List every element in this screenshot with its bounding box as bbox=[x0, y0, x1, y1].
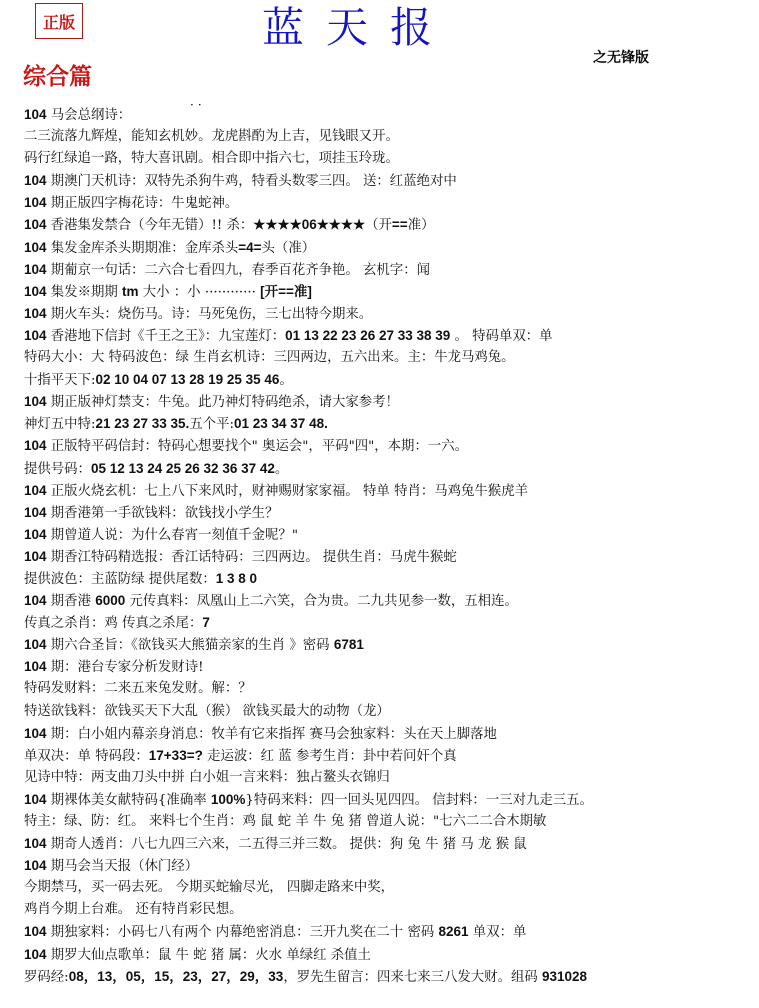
text-segment: 特主：绿、防：红。 来料七个生肖：鸡 鼠 蛇 羊 牛 兔 猪 曾道人说："七六二… bbox=[24, 814, 546, 829]
text-segment: 神灯五中特: bbox=[24, 417, 95, 432]
text-line: 罗码经:08，13，05，15，23，27，29，33，罗先生留言：四来七来三八… bbox=[24, 966, 759, 988]
text-segment: 。 bbox=[275, 462, 288, 477]
text-segment: 期香港第一手欲钱料：欲钱找小学生？ bbox=[47, 506, 279, 521]
bold-segment: 104 bbox=[24, 217, 47, 232]
bold-segment: 104 bbox=[24, 505, 47, 520]
bold-segment: == bbox=[392, 217, 408, 232]
text-segment: 准） bbox=[408, 218, 435, 233]
page-title: 蓝天报 bbox=[262, 4, 454, 52]
text-segment: 期正版四字梅花诗：牛鬼蛇神。 bbox=[47, 196, 239, 211]
bold-segment: 6781 bbox=[334, 637, 364, 652]
text-segment: 头（准） bbox=[262, 241, 316, 256]
text-segment: 期香江特码精选报：香江话特码：三四两边。 提供生肖：马虎牛猴蛇 bbox=[47, 550, 457, 565]
text-line: 104 期香江特码精选报：香江话特码：三四两边。 提供生肖：马虎牛猴蛇 bbox=[24, 546, 759, 568]
bold-segment: 17+33=? bbox=[149, 748, 203, 763]
edition-label: 之无锋版 bbox=[593, 47, 649, 67]
bold-segment: =4= bbox=[238, 240, 261, 255]
bold-segment: 104 bbox=[24, 262, 47, 277]
text-line: 特码发财料：二来五来兔发财。解：？ bbox=[24, 678, 759, 700]
text-line: 104 期正版四字梅花诗：牛鬼蛇神。 bbox=[24, 192, 759, 214]
text-line: 104 期独家料：小码七八有两个 内幕绝密消息：三开九奖在二十 密码 8261 … bbox=[24, 921, 759, 943]
text-line: 鸡肖今期上台难。 还有特肖彩民想。 bbox=[24, 899, 759, 921]
text-segment: 今期禁马，买一码去死。 今期买蛇输尽光， 四脚走路来中奖， bbox=[24, 880, 394, 895]
text-line: 104 期曾道人说：为什么春宵一刻值千金呢？" bbox=[24, 524, 759, 546]
bold-segment: 104 bbox=[24, 947, 47, 962]
bold-segment: 104 bbox=[24, 195, 47, 210]
text-line: 104 期罗大仙点歌单：鼠 牛 蛇 猪 属：火水 单绿红 杀值土 bbox=[24, 944, 759, 966]
text-line: 104 期香港 6000 元传真料：凤凰山上二六笑，合为贵。二九共见参一数，五相… bbox=[24, 590, 759, 612]
text-line: 码行红绿追一路，特大喜讯剧。相合即中指六七，项挂玉玲珑。 bbox=[24, 148, 759, 170]
bold-segment: 6000 bbox=[95, 593, 125, 608]
text-segment: 期罗大仙点歌单：鼠 牛 蛇 猪 属：火水 单绿红 杀值土 bbox=[47, 948, 371, 963]
bold-segment: 05 12 13 24 25 26 32 36 37 42 bbox=[91, 461, 275, 476]
text-line: 104 香港集发禁合（今年无错）!! 杀：★★★★06★★★★（开==准） bbox=[24, 214, 759, 236]
text-line: 二三流落九辉煌，能知玄机妙。龙虎斟酌为上吉，见钱眼又开。 bbox=[24, 126, 759, 148]
bold-segment: 104 bbox=[24, 593, 47, 608]
text-segment: 十指平天下: bbox=[24, 373, 95, 388]
bold-segment: 104 bbox=[24, 107, 47, 122]
text-segment: 。 特码单双：单 bbox=[450, 329, 552, 344]
text-segment: 码行红绿追一路，特大喜讯剧。相合即中指六七，项挂玉玲珑。 bbox=[24, 151, 399, 166]
text-segment: 期正版神灯禁支：牛兔。此乃神灯特码绝杀，请大家参考！ bbox=[47, 395, 399, 410]
text-line: 104 期香港第一手欲钱料：欲钱找小学生？ bbox=[24, 502, 759, 524]
text-line: 104 期：白小姐内幕亲身消息：牧羊有它来指挥 赛马会独家料：头在天上脚落地 bbox=[24, 723, 759, 745]
bold-segment: 104 bbox=[24, 483, 47, 498]
text-segment: （开 bbox=[365, 218, 392, 233]
text-segment: 正版火烧玄机：七上八下来风时，财神赐财家家福。 特单 特肖：马鸡兔牛猴虎羊 bbox=[47, 484, 528, 499]
section-heading: 综合篇 bbox=[23, 58, 92, 91]
bold-segment: 104 bbox=[24, 637, 47, 652]
text-segment: 特码发财料：二来五来兔发财。解：？ bbox=[24, 681, 252, 696]
text-segment: 五个平: bbox=[189, 417, 234, 432]
text-segment: 见诗中特：两支曲刀头中拼 白小姐一言来料：独占鳌头衣锦归 bbox=[24, 770, 390, 785]
text-segment: 元传真料：凤凰山上二六笑，合为贵。二九共见参一数，五相连。 bbox=[125, 594, 518, 609]
text-segment: 期香港 bbox=[47, 594, 96, 609]
text-segment: 期马会当天报（休门经） bbox=[47, 859, 199, 874]
text-segment: 二三流落九辉煌，能知玄机妙。龙虎斟酌为上吉，见钱眼又开。 bbox=[24, 129, 399, 144]
text-segment: 期火车头：烧伤马。诗：马死兔伤，三七出特今期来。 bbox=[47, 307, 373, 322]
bold-segment: 104 bbox=[24, 328, 47, 343]
bold-segment: 104 bbox=[24, 306, 47, 321]
bold-segment: 02 10 04 07 13 28 19 25 35 46 bbox=[95, 372, 279, 387]
text-line: 104 期葡京一句话：二六合七看四九，春季百花齐争艳。 玄机字：闻 bbox=[24, 259, 759, 281]
text-line: 单双决：单 特码段：17+33=? 走运波：红 蓝 参考生肖：卦中若问奸个真 bbox=[24, 745, 759, 767]
text-segment: 走运波：红 蓝 参考生肖：卦中若问奸个真 bbox=[203, 749, 457, 764]
text-segment: 单双：单 bbox=[469, 925, 527, 940]
text-line: 见诗中特：两支曲刀头中拼 白小姐一言来料：独占鳌头衣锦归 bbox=[24, 767, 759, 789]
text-line: 104 期火车头：烧伤马。诗：马死兔伤，三七出特今期来。 bbox=[24, 303, 759, 325]
text-segment: 期裸体美女献特码{准确率 bbox=[47, 793, 211, 808]
bold-segment: 104 bbox=[24, 173, 47, 188]
text-segment: 罗码经: bbox=[24, 970, 69, 985]
text-segment: 期：白小姐内幕亲身消息：牧羊有它来指挥 赛马会独家料：头在天上脚落地 bbox=[47, 727, 497, 742]
bold-segment: 01 13 22 23 26 27 33 38 39 bbox=[285, 328, 450, 343]
bold-segment: tm bbox=[122, 284, 139, 299]
bold-segment: ★★★★06★★★★ bbox=[253, 217, 365, 232]
text-segment: 马会总纲诗： bbox=[47, 108, 132, 123]
text-line: 104 集发金库杀头期期准：金库杀头=4=头（准） bbox=[24, 237, 759, 259]
text-segment: 特送欲钱料：欲钱买天下大乱（猴） 欲钱买最大的动物（龙） bbox=[24, 704, 390, 719]
text-line: 提供波色：主蓝防绿 提供尾数：1 3 8 0 bbox=[24, 568, 759, 590]
bold-segment: 931028 bbox=[542, 969, 587, 984]
text-segment: 期澳门天机诗：双特先杀狗牛鸡，特看头数零三四。 送：红蓝绝对中 bbox=[47, 174, 457, 189]
bold-segment: 104 bbox=[24, 858, 47, 873]
text-line: 特主：绿、防：红。 来料七个生肖：鸡 鼠 蛇 羊 牛 兔 猪 曾道人说："七六二… bbox=[24, 811, 759, 833]
bold-segment: 104 bbox=[24, 792, 47, 807]
bold-segment: 7 bbox=[202, 615, 210, 630]
bold-segment: 8261 bbox=[439, 924, 469, 939]
text-line: 104 正版火烧玄机：七上八下来风时，财神赐财家家福。 特单 特肖：马鸡兔牛猴虎… bbox=[24, 480, 759, 502]
text-segment: 期奇人透肖：八七九四三六来，二五得三并三数。 提供：狗 兔 牛 猪 马 龙 猴 … bbox=[47, 837, 527, 852]
text-line: 十指平天下:02 10 04 07 13 28 19 25 35 46。 bbox=[24, 369, 759, 391]
text-segment: ，罗先生留言：四来七来三八发大财。组码 bbox=[283, 970, 542, 985]
text-line: 104 香港地下信封《千王之王》：九宝莲灯：01 13 22 23 26 27 … bbox=[24, 325, 759, 347]
text-segment: 期葡京一句话：二六合七看四九，春季百花齐争艳。 玄机字：闻 bbox=[47, 263, 430, 278]
text-line: 104 期：港台专家分析发财诗! bbox=[24, 656, 759, 678]
bold-segment: 100% bbox=[211, 792, 246, 807]
bold-segment: 21 23 27 33 35. bbox=[95, 416, 189, 431]
text-line: 104 期奇人透肖：八七九四三六来，二五得三并三数。 提供：狗 兔 牛 猪 马 … bbox=[24, 833, 759, 855]
text-line: 104 期六合圣旨：《欲钱买大熊猫亲家的生肖 》密码 6781 bbox=[24, 634, 759, 656]
bold-segment: 104 bbox=[24, 284, 47, 299]
text-line: 传真之杀肖：鸡 传真之杀尾：7 bbox=[24, 612, 759, 634]
text-segment: 特码大小：大 特码波色：绿 生肖玄机诗：三四两边，五六出来。主：牛龙马鸡兔。 bbox=[24, 350, 515, 365]
text-segment: 传真之杀肖：鸡 传真之杀尾： bbox=[24, 616, 202, 631]
text-segment: 大小 ：小 ············ bbox=[139, 285, 261, 300]
text-line: 104 期裸体美女献特码{准确率 100%}特码来料：四一回头见四四。 信封料：… bbox=[24, 789, 759, 811]
bold-segment: 104 bbox=[24, 836, 47, 851]
text-segment: 香港地下信封《千王之王》：九宝莲灯： bbox=[47, 329, 286, 344]
text-line: 104 马会总纲诗： bbox=[24, 104, 759, 126]
text-line: 神灯五中特:21 23 27 33 35.五个平:01 23 34 37 48. bbox=[24, 413, 759, 435]
bold-segment: 104 bbox=[24, 394, 47, 409]
text-segment: }特码来料：四一回头见四四。 信封料：一三对九走三五。 bbox=[245, 793, 593, 808]
text-line: 特码大小：大 特码波色：绿 生肖玄机诗：三四两边，五六出来。主：牛龙马鸡兔。 bbox=[24, 347, 759, 369]
genuine-edition-stamp: 正版 bbox=[35, 3, 83, 39]
bold-segment: 08，13，05，15，23，27，29，33 bbox=[69, 969, 284, 984]
text-segment: 期独家料：小码七八有两个 内幕绝密消息：三开九奖在二十 密码 bbox=[47, 925, 439, 940]
bold-segment: 104 bbox=[24, 549, 47, 564]
text-segment: 集发金库杀头期期准：金库杀头 bbox=[47, 241, 239, 256]
text-segment: 香港集发禁合（今年无错）!! 杀： bbox=[47, 218, 254, 233]
text-segment: 鸡肖今期上台难。 还有特肖彩民想。 bbox=[24, 902, 243, 917]
text-segment: 集发※期期 bbox=[47, 285, 122, 300]
text-segment: 期：港台专家分析发财诗! bbox=[47, 660, 204, 675]
text-segment: 正版特平码信封：特码心想要找个" 奥运会"，平码"四"，本期：一六。 bbox=[47, 439, 468, 454]
text-line: 104 期正版神灯禁支：牛兔。此乃神灯特码绝杀，请大家参考！ bbox=[24, 391, 759, 413]
text-line: 104 期马会当天报（休门经） bbox=[24, 855, 759, 877]
text-line: 提供号码：05 12 13 24 25 26 32 36 37 42。 bbox=[24, 458, 759, 480]
text-segment: 。 bbox=[279, 373, 292, 388]
text-segment: 单双决：单 特码段： bbox=[24, 749, 149, 764]
content-lines: 104 马会总纲诗：二三流落九辉煌，能知玄机妙。龙虎斟酌为上吉，见钱眼又开。码行… bbox=[24, 104, 759, 988]
text-segment: 提供号码： bbox=[24, 462, 91, 477]
text-segment: 期六合圣旨：《欲钱买大熊猫亲家的生肖 》密码 bbox=[47, 638, 334, 653]
text-segment: 提供波色：主蓝防绿 提供尾数： bbox=[24, 572, 216, 587]
bold-segment: 104 bbox=[24, 240, 47, 255]
bold-segment: 1 3 8 0 bbox=[216, 571, 257, 586]
bold-segment: [开==准] bbox=[260, 284, 312, 299]
text-line: 今期禁马，买一码去死。 今期买蛇输尽光， 四脚走路来中奖， bbox=[24, 877, 759, 899]
bold-segment: 104 bbox=[24, 726, 47, 741]
bold-segment: 104 bbox=[24, 438, 47, 453]
text-line: 104 正版特平码信封：特码心想要找个" 奥运会"，平码"四"，本期：一六。 bbox=[24, 435, 759, 457]
bold-segment: 104 bbox=[24, 527, 47, 542]
bold-segment: 104 bbox=[24, 924, 47, 939]
bold-segment: 104 bbox=[24, 659, 47, 674]
text-line: 104 集发※期期 tm 大小 ：小 ············ [开==准] bbox=[24, 281, 759, 303]
bold-segment: 01 23 34 37 48. bbox=[234, 416, 328, 431]
text-segment: 期曾道人说：为什么春宵一刻值千金呢？" bbox=[47, 528, 298, 543]
text-line: 104 期澳门天机诗：双特先杀狗牛鸡，特看头数零三四。 送：红蓝绝对中 bbox=[24, 170, 759, 192]
text-line: 特送欲钱料：欲钱买天下大乱（猴） 欲钱买最大的动物（龙） bbox=[24, 701, 759, 723]
